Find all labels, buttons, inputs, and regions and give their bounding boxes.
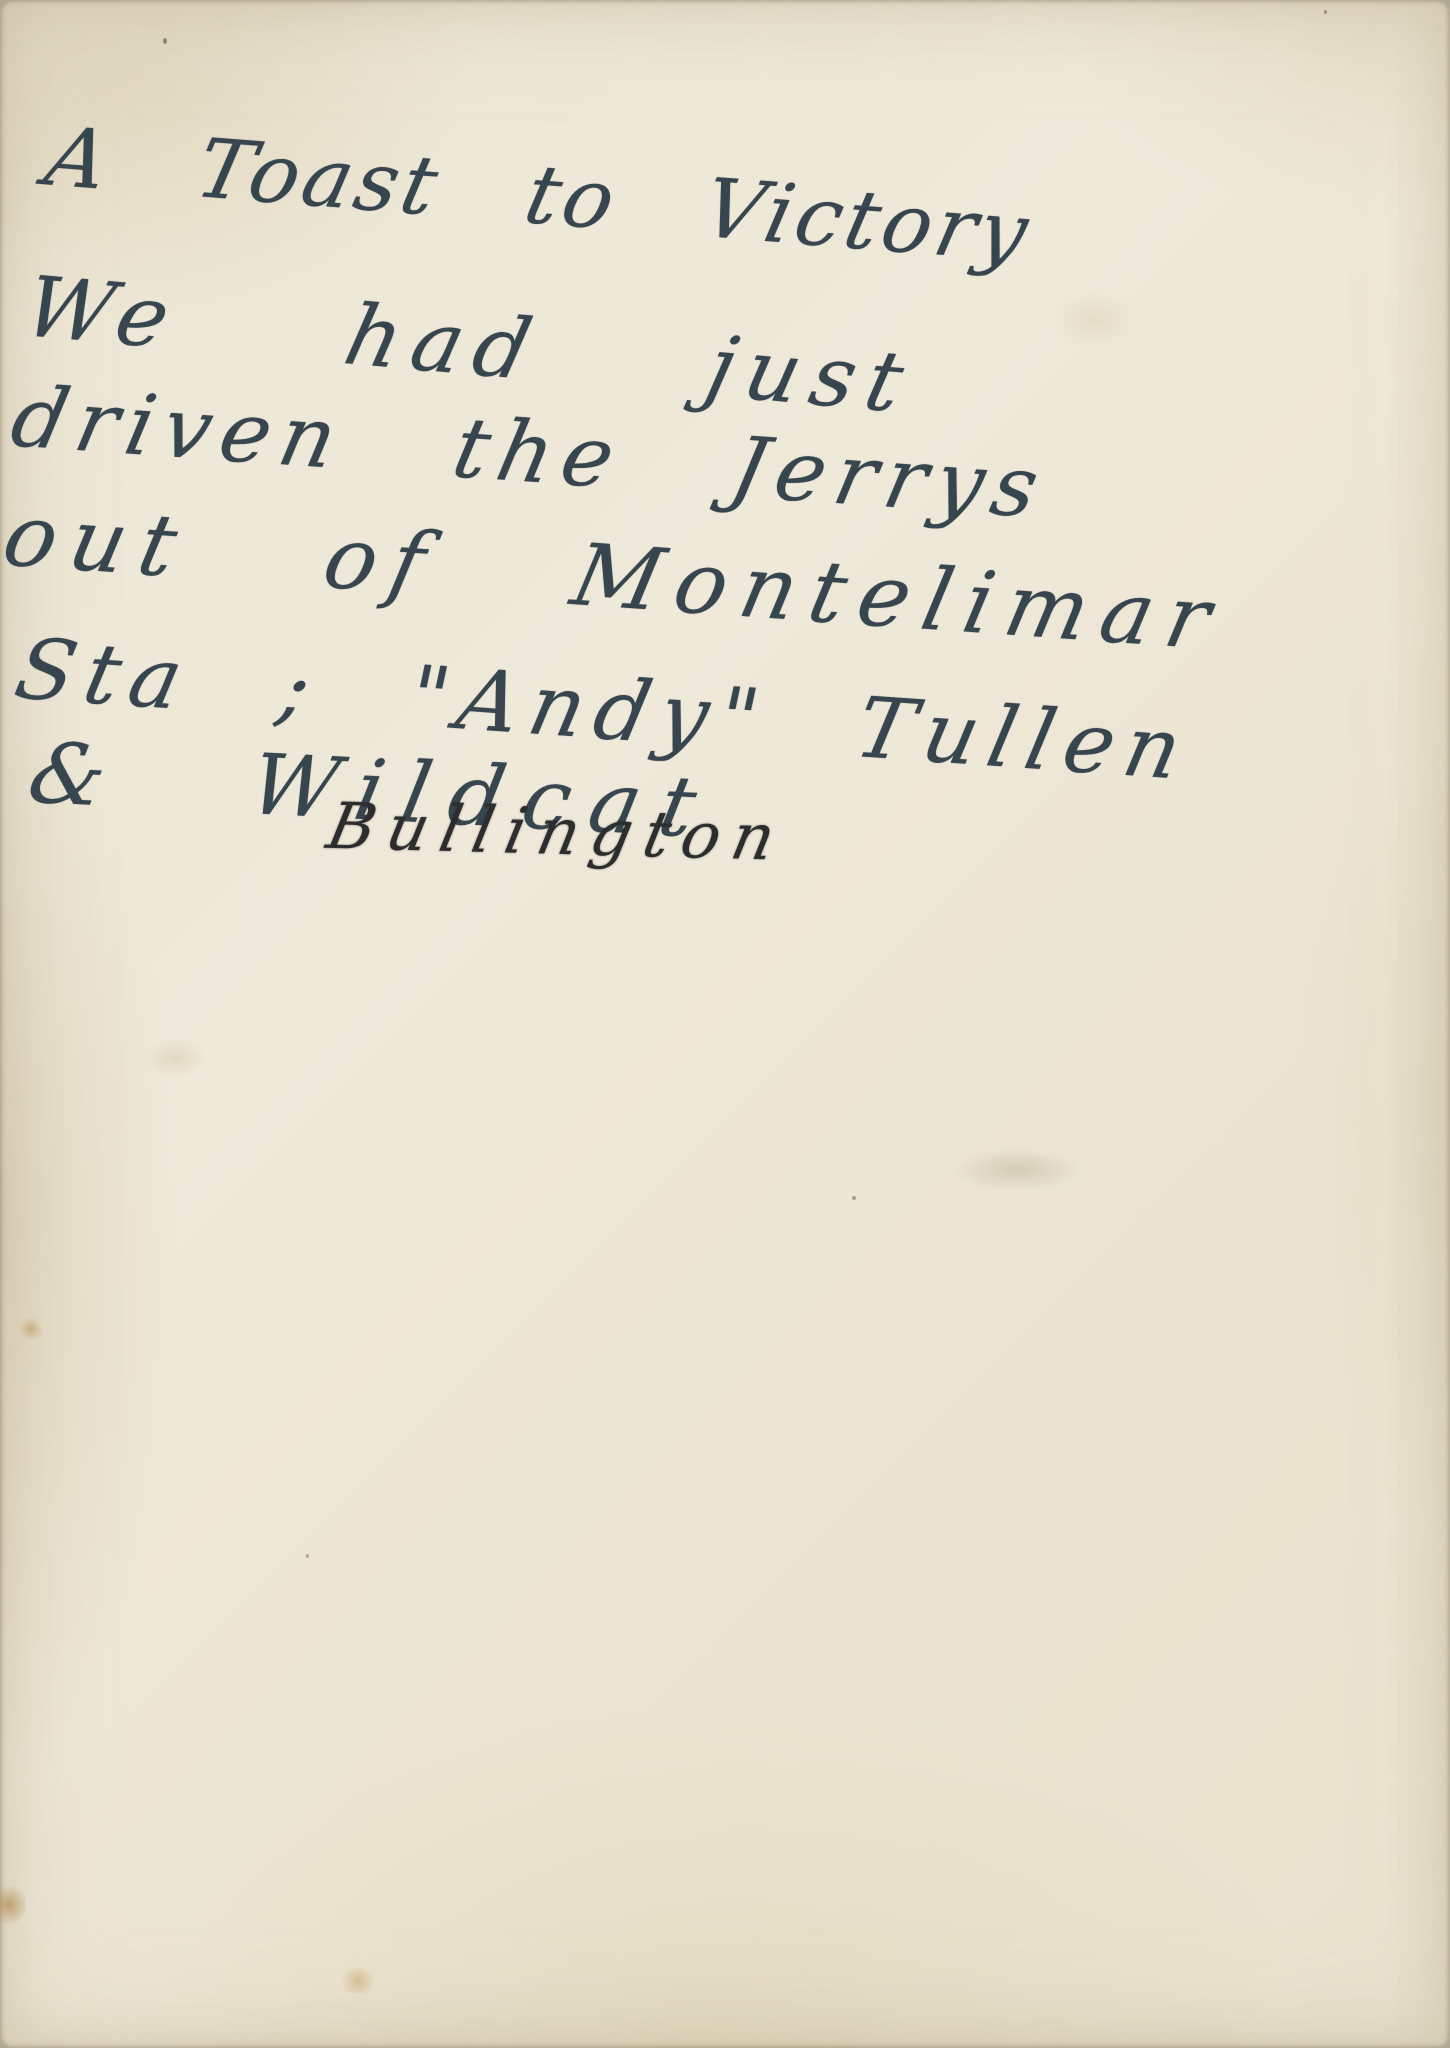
- paper-stain: [18, 1318, 44, 1340]
- paper-stain: [952, 1148, 1082, 1192]
- handwriting-line-1: A Toast to Victory: [37, 110, 1040, 281]
- signature: Bullington: [321, 790, 793, 876]
- scanned-card: A Toast to Victory We had just driven th…: [0, 0, 1450, 2048]
- paper-stain: [146, 1038, 206, 1078]
- paper-speck: [1324, 10, 1327, 14]
- paper-speck: [163, 38, 167, 44]
- paper-background: A Toast to Victory We had just driven th…: [0, 0, 1450, 2048]
- paper-speck: [306, 1554, 309, 1558]
- paper-stain: [338, 1968, 378, 1994]
- paper-stain: [1050, 290, 1140, 350]
- paper-speck: [852, 1196, 856, 1200]
- paper-stain: [0, 1882, 26, 1928]
